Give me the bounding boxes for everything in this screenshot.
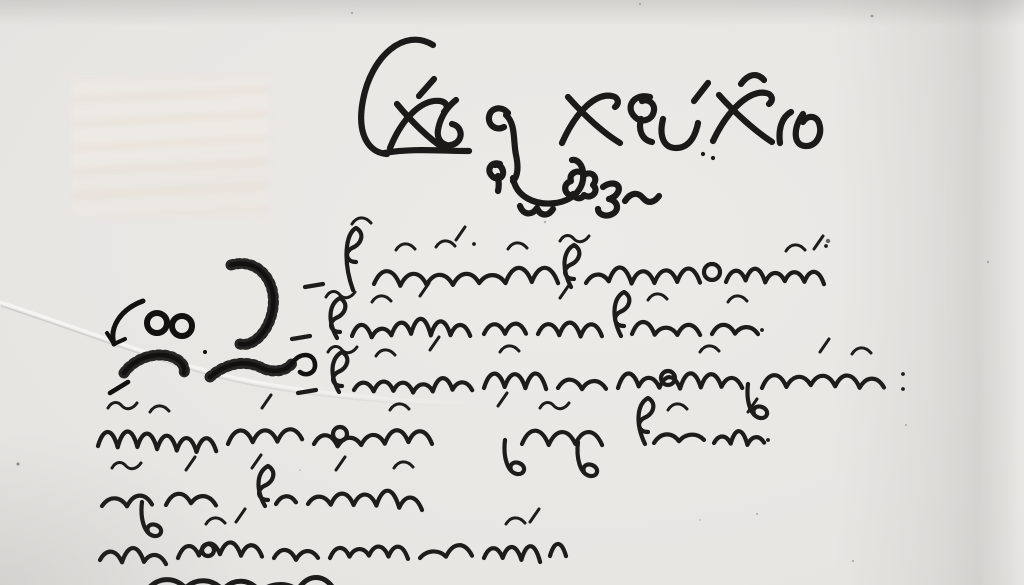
line-transcription: ศักดิ์แวว เมษ หอเวลา ฦชฐ โฟน เชณะ [90,408,780,463]
ink-doodle-mark [107,264,315,393]
line-transcription: อันนี้เวลานี้ ศักดิ์แววทองมากัช [300,235,840,295]
line-transcription: ฦชฐ ฟา เชณช [92,466,437,521]
manuscript-photo: โหอ ฦ หอนหาว อันนี้เวลานี้ ศักดิ์แววทองม… [0,0,1024,585]
line-transcription: ศักดิ์แวว หน้า ชัช ทองมาเรๆ ทองนั : [288,350,913,405]
line-transcription: เม เดิม กา แทน เม เดิม แพช [92,522,577,577]
line-transcription: ศักดิ์แววกัช มา ชัช ฮัน นัน [285,295,775,350]
title-transcription: โหอ ฦ หอนหาว [340,60,810,170]
